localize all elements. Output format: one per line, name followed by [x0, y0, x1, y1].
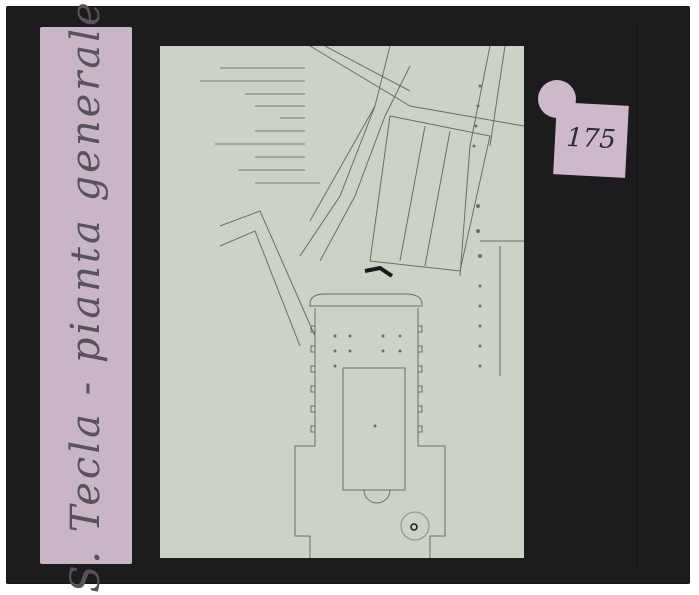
catalog-number: 175 [554, 122, 627, 156]
number-label: 175 [553, 102, 629, 178]
floor-plan-image [160, 46, 524, 558]
mount-edge [636, 20, 638, 568]
floor-plan-drawing [160, 46, 524, 558]
title-label: S. Tecla - pianta generale [40, 27, 132, 564]
handwritten-title: S. Tecla - pianta generale [63, 0, 109, 592]
